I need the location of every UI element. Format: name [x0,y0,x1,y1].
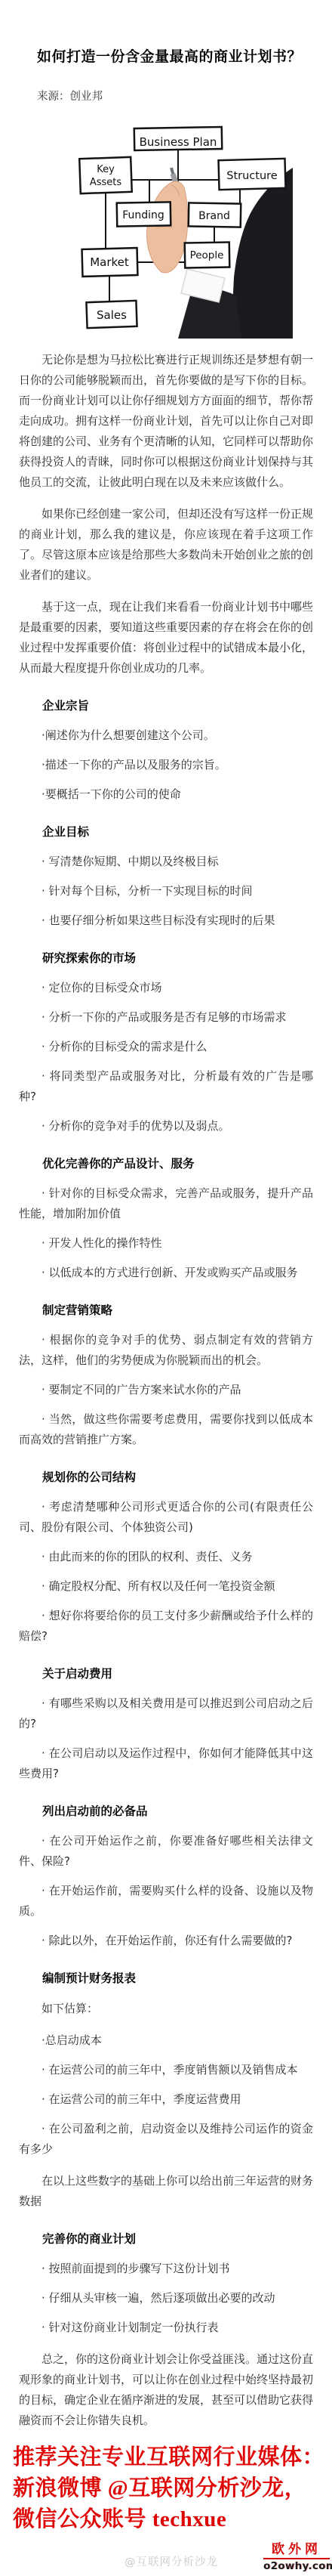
bullet-item: · 分析你的竞争对手的优势以及弱点。 [19,1116,313,1136]
paragraph: 在以上这些数字的基础上你可以给出前三年运营的财务数据 [19,2171,313,2212]
section-heading: 优化完善你的产品设计、服务 [19,1155,313,1173]
bullet-item: · 想好你将要给你的员工支付多少薪酬或给予什么样的赔偿? [19,1606,313,1647]
bullet-item: ·阐述你为什么想要创建这个公司。 [19,725,313,746]
bullet-item: · 由此而来的你的团队的权利、责任、义务 [19,1547,313,1567]
bullet-item: · 分析你的目标受众的需求是什么 [19,1037,313,1057]
bullet-item: · 也要仔细分析如果这些目标没有实现时的后果 [19,911,313,931]
section-heading: 企业目标 [19,823,313,841]
diagram-box-label: Funding [122,209,164,221]
diagram-box-label: Structure [226,170,278,182]
bullet-item: · 定位你的目标受众市场 [19,978,313,998]
bullet-item: · 以低成本的方式进行创新、开发或购买产品或服务 [19,1263,313,1283]
promo-line: 新浪微博 @互联网分析沙龙， [13,2473,324,2504]
page-title: 如何打造一份含金量最高的商业计划书？ [37,47,313,66]
bullet-item: · 在公司启动以及运作过程中，你如何才能降低其中这些费用? [19,1743,313,1784]
bullet-item: · 按照前面提到的步骤写下这份计划书 [19,2259,313,2279]
section-heading: 企业宗旨 [19,697,313,715]
bullet-item: · 针对每个目标，分析一下实现目标的时间 [19,881,313,901]
promo-text: 推荐关注专业互联网行业媒体：新浪微博 @互联网分析沙龙，微信公众账号 techx… [0,2442,332,2535]
diagram-box-label: Brand [198,210,230,222]
paragraph: 如下估算： [19,1999,313,2019]
bullet-item: · 考虑清楚哪种公司形式更适合你的公司(有限责任公司、股份有限公司、个体独资公司… [19,1497,313,1538]
bullet-item: · 在公司开始运作之前，你要准备好哪些相关法律文件、保险? [19,1831,313,1872]
section-heading: 研究探索你的市场 [19,949,313,967]
paragraph: 无论你是想为马拉松比赛进行正规训练还是梦想有朝一日你的公司能够脱颖而出，首先你要… [19,350,313,493]
bullet-item: · 写清楚你短期、中期以及终极目标 [19,852,313,872]
bullet-item: · 除此以外，在开始运作前，你还有什么需要做的? [19,1931,313,1951]
bullet-item: · 在开始运作前，需要购买什么样的设备、设施以及物质。 [19,1881,313,1922]
bullet-item: · 当然，做这些你需要考虑费用，需要你找到以低成本而高效的营销推广方案。 [19,1409,313,1450]
business-plan-photo: Business Plan Key Assets Structure Fundi… [59,115,293,339]
diagram-box-label: Key [97,164,115,175]
section-heading: 制定营销策略 [19,1301,313,1319]
section-heading: 编制预计财务报表 [19,1969,313,1987]
bullet-item: · 在运营公司的前三年中，季度销售额以及销售成本 [19,2060,313,2080]
bullet-item: ·要概括一下你的公司的使命 [19,784,313,805]
bullet-item: · 将同类型产品或服务对比，分析最有效的广告是哪种? [19,1066,313,1107]
section-heading: 列出启动前的必备品 [19,1802,313,1820]
diagram-box-label: Market [90,255,129,269]
page-footer: @互联网分析沙龙 欧外网 o2owhy.com [0,2537,332,2576]
bullet-item: · 仔细从头审核一遍，然后逐项做出必要的改动 [19,2288,313,2309]
diagram-box-label: Business Plan [140,135,217,149]
section-heading: 完善你的商业计划 [19,2230,313,2248]
logo-chinese-name: 欧外网 [263,2538,330,2559]
logo-domain: o2owhy.com [263,2560,330,2572]
paragraph: 基于这一点，现在让我们来看看一份商业计划书中哪些是最重要的因素，要知道这些重要因… [19,597,313,679]
bullet-item: · 有哪些采购以及相关费用是可以推迟到公司启动之后的? [19,1693,313,1734]
paragraph: 如果你已经创建一家公司，但却还没有写这样一份正规的商业计划，那么我的建议是，你应… [19,504,313,586]
diagram-box-label: Assets [90,177,122,188]
bullet-item: · 针对你的目标受众需求，完善产品或服务，提升产品性能，增加附加价值 [19,1183,313,1224]
promo-line: 推荐关注专业互联网行业媒体： [13,2442,324,2473]
site-logo: 欧外网 o2owhy.com [263,2538,330,2572]
promo-line: 微信公众账号 techxue [13,2504,324,2535]
article-page: 如何打造一份含金量最高的商业计划书？ 来源：创业邦 [0,0,332,2576]
bullet-item: ·描述一下你的产品以及服务的宗旨。 [19,755,313,775]
article-source: 来源：创业邦 [37,89,313,104]
bullet-item: · 在运营公司的前三年中，季度运营费用 [19,2089,313,2110]
bullet-item: · 确定股权分配、所有权以及任何一笔投资金额 [19,1576,313,1597]
diagram-box-label: Sales [97,308,127,322]
watermark: @互联网分析沙龙 [124,2553,218,2569]
bullet-item: · 针对这份商业计划制定一份执行表 [19,2318,313,2338]
section-heading: 规划你的公司结构 [19,1468,313,1486]
bullet-item: · 开发人性化的操作特性 [19,1233,313,1254]
diagram-box-label: People [190,249,224,261]
article-body: 无论你是想为马拉松比赛进行正规训练还是梦想有朝一日你的公司能够脱颖而出，首先你要… [0,350,332,2431]
paragraph: 总之，你的这份商业计划会让你受益匪浅。通过这份直观形象的商业计划书，可以让你在创… [19,2349,313,2431]
section-heading: 关于启动费用 [19,1665,313,1683]
bullet-item: · 分析一下你的产品或服务是否有足够的市场需求 [19,1007,313,1028]
bullet-item: · 根据你的竞争对手的优势、弱点制定有效的营销方法，这样，他们的劣势便成为你脱颖… [19,1330,313,1371]
bullet-item: · 在公司盈利之前，启动资金以及维持公司运作的资金有多少 [19,2119,313,2160]
bullet-item: ·总启动成本 [19,2030,313,2051]
bullet-item: · 要制定不同的广告方案来试水你的产品 [19,1380,313,1400]
